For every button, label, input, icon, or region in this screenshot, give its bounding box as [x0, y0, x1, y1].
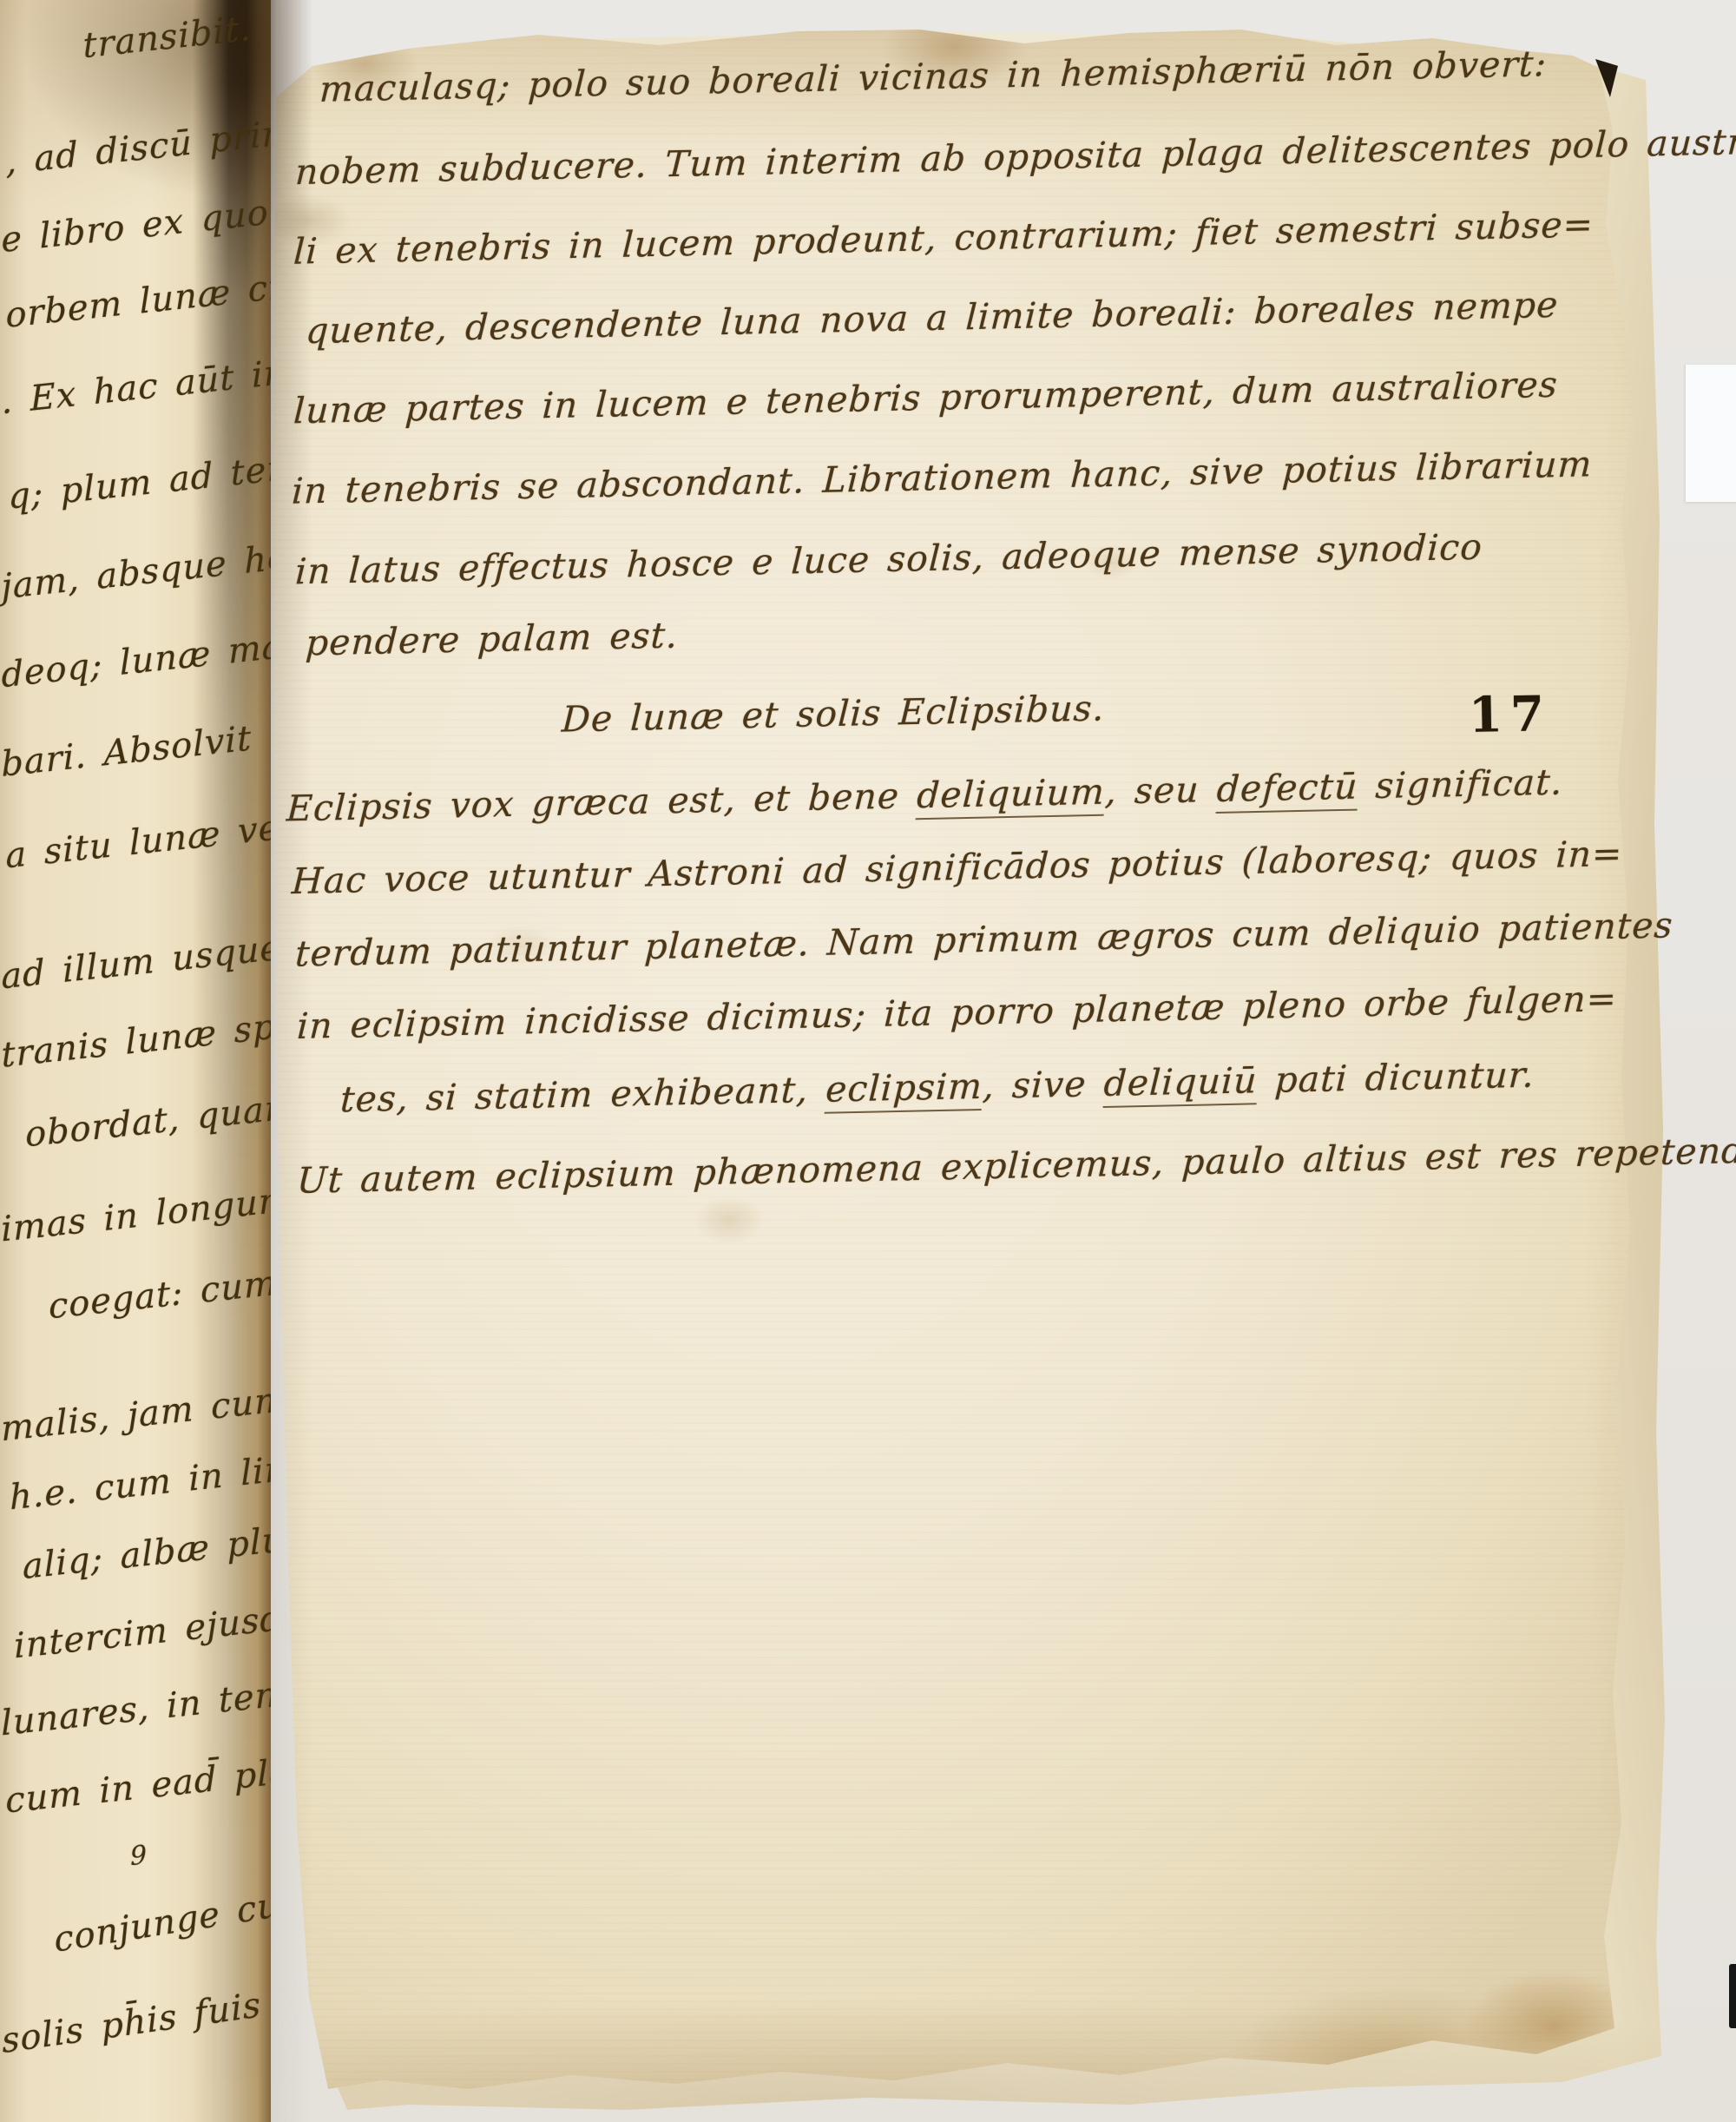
- manuscript-line: Eclipsis vox græca est, et bene deliquiu…: [286, 761, 1564, 830]
- manuscript-line: quente, descendente luna nova a limite b…: [305, 284, 1560, 352]
- dark-edge-sliver: [1729, 1964, 1736, 2028]
- manuscript-line: in latus effectus hosce e luce solis, ad…: [294, 526, 1483, 593]
- manuscript-photo: transibit., ad discū prim̄, quæe libro e…: [0, 0, 1736, 2122]
- manuscript-line: in eclipsim incidisse dicimus; ita porro…: [296, 978, 1618, 1047]
- manuscript-line: maculasq; polo suo boreali vicinas in he…: [319, 43, 1548, 110]
- right-page-text: maculasq; polo suo boreali vicinas in he…: [0, 0, 1736, 2122]
- manuscript-line: terdum patiuntur planetæ. Nam primum ægr…: [294, 904, 1674, 974]
- manuscript-line: Hac voce utuntur Astroni ad significādos…: [291, 833, 1624, 902]
- manuscript-line: pendere palam est.: [305, 614, 680, 663]
- backing-white-tab: [1685, 365, 1736, 502]
- manuscript-line: li ex tenebris in lucem prodeunt, contra…: [293, 203, 1595, 272]
- manuscript-line: tes, si statim exhibeant, eclipsim, sive…: [339, 1054, 1535, 1121]
- manuscript-line: Ut autem eclipsium phænomena explicemus,…: [296, 1129, 1736, 1202]
- manuscript-line: nobem subducere. Tum interim ab opposita…: [294, 120, 1736, 193]
- page-number: 17: [1468, 685, 1552, 744]
- manuscript-line: De lunæ et solis Eclipsibus.: [355, 682, 1312, 744]
- manuscript-line: lunæ partes in lucem e tenebris prorumpe…: [293, 364, 1559, 432]
- manuscript-line: in tenebris se abscondant. Librationem h…: [291, 443, 1594, 511]
